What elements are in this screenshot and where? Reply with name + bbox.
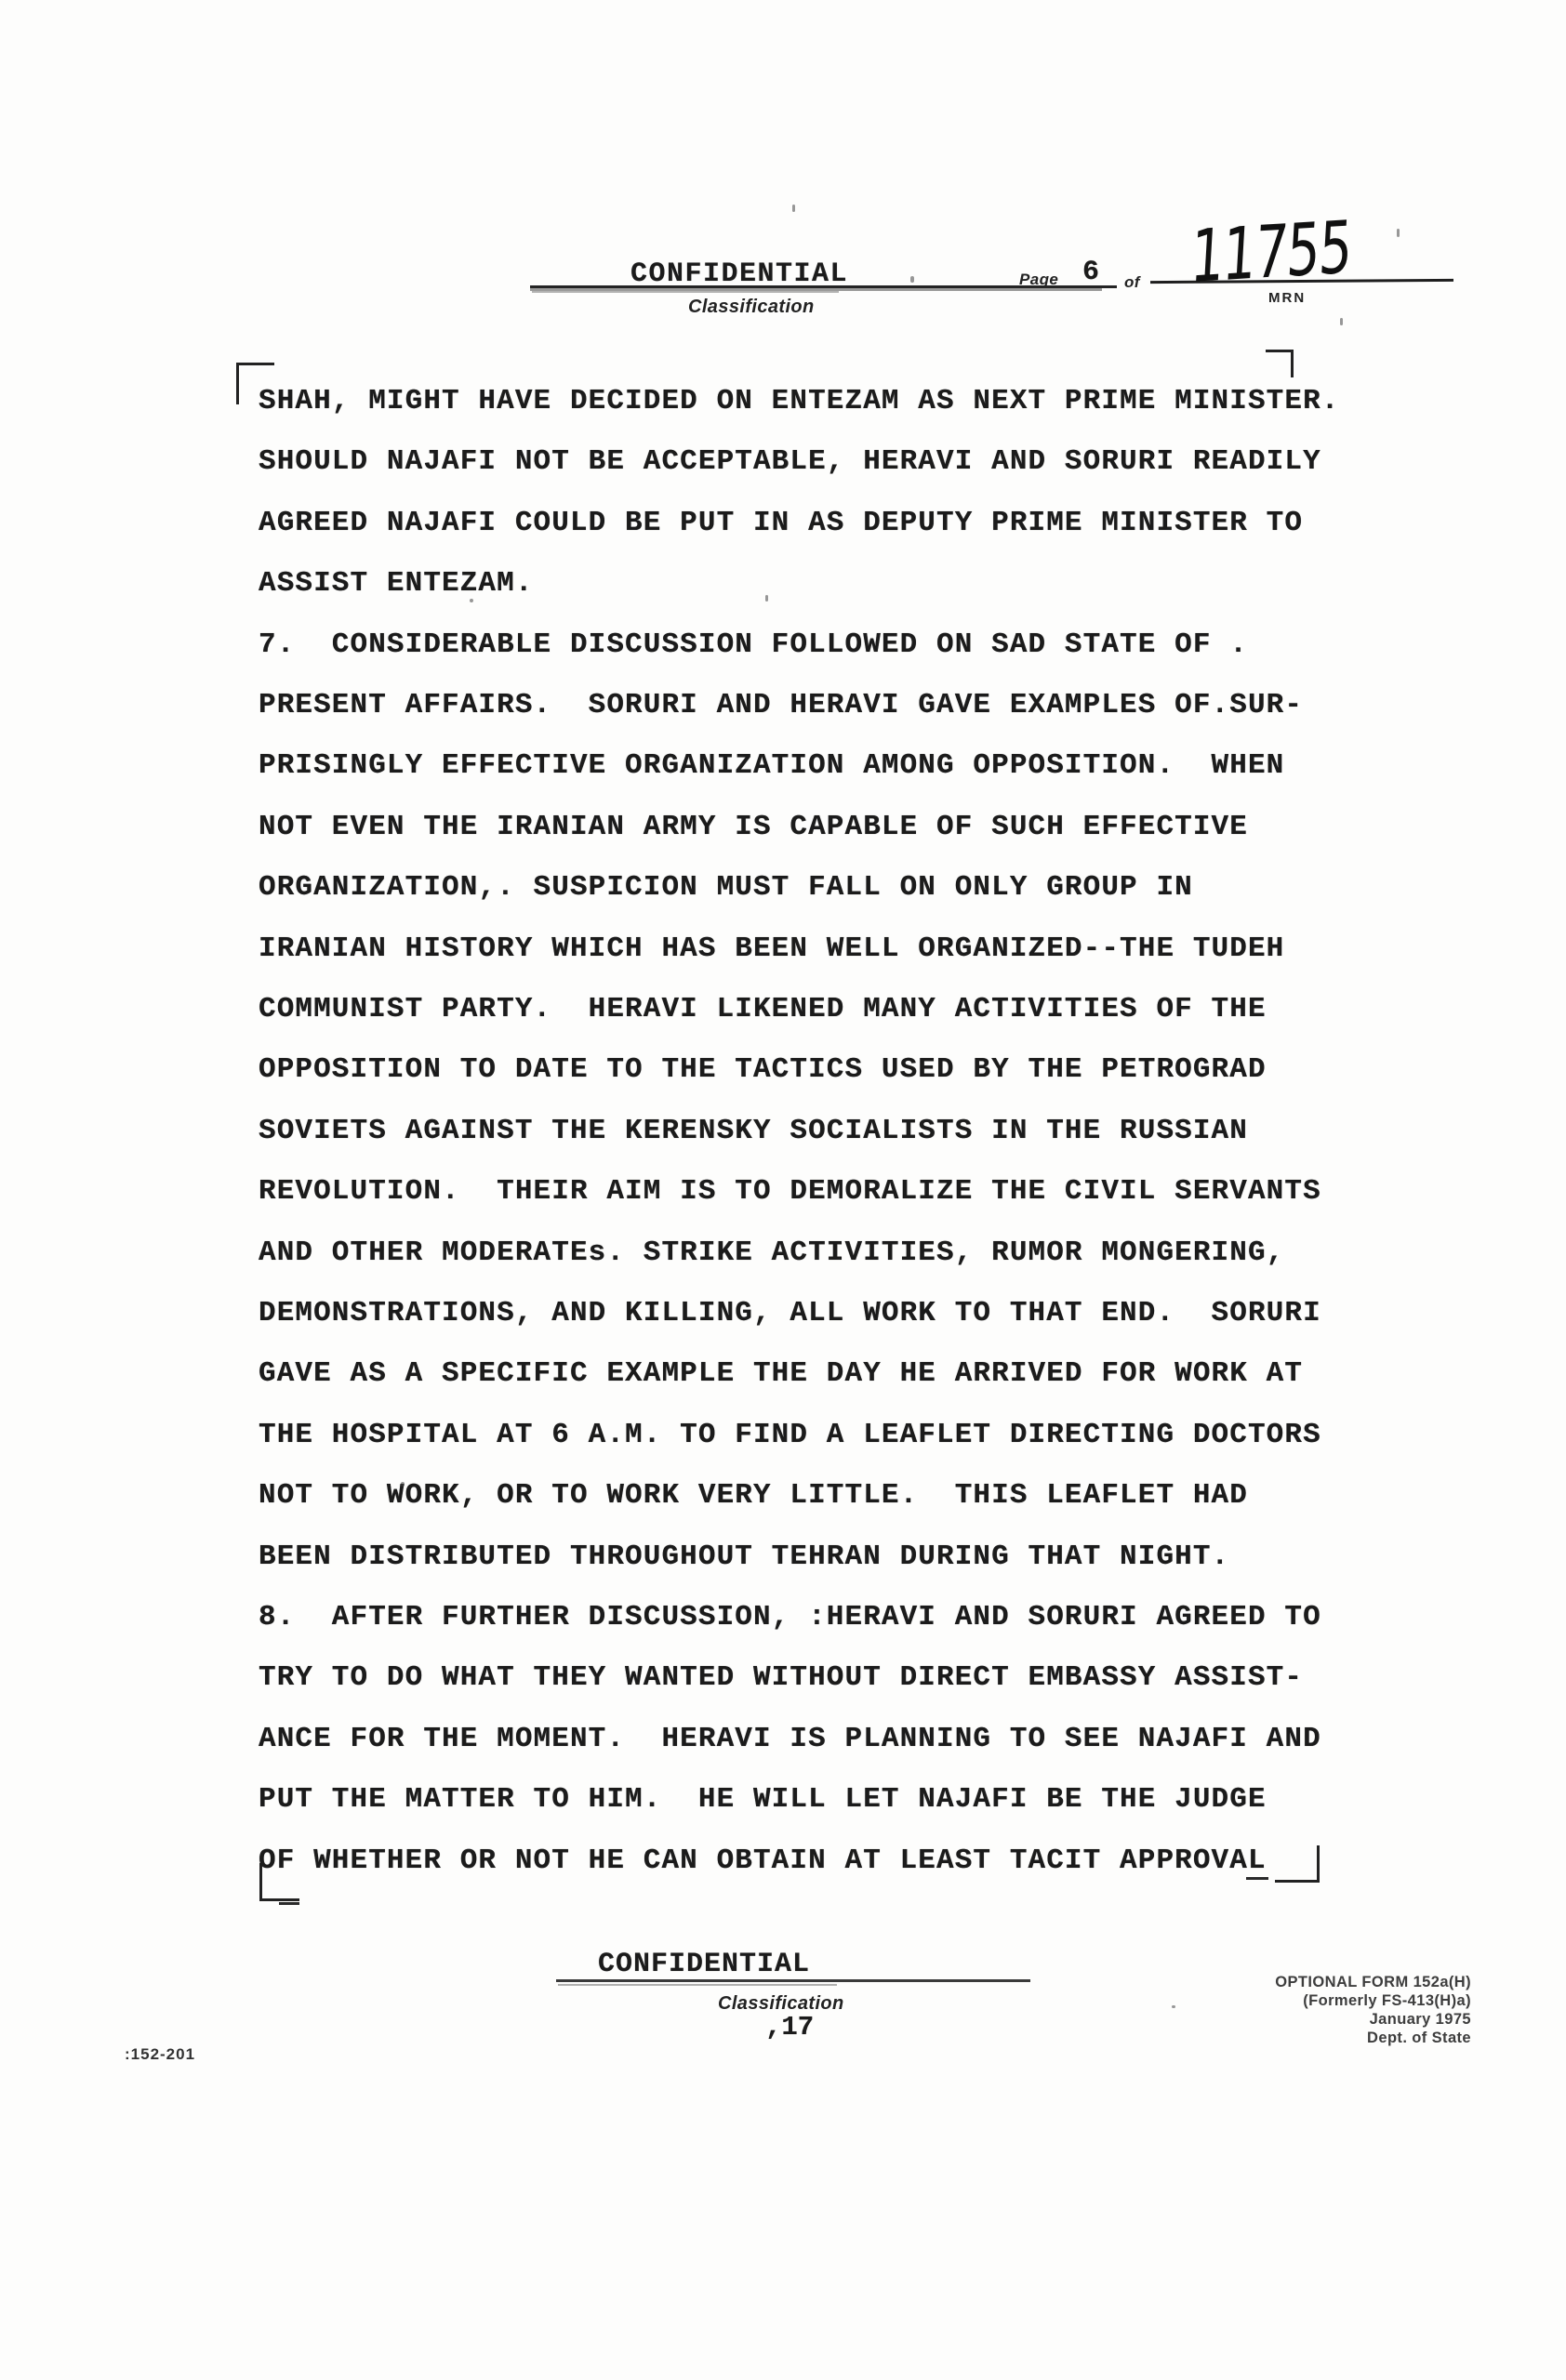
body-line: ANCE FOR THE MOMENT. HERAVI IS PLANNING … bbox=[259, 1724, 1321, 1755]
excision-bracket-bottom-right-dash bbox=[1246, 1877, 1268, 1880]
mrn-label: MRN bbox=[1268, 290, 1306, 306]
body-line: SHAH, MIGHT HAVE DECIDED ON ENTEZAM AS N… bbox=[259, 386, 1339, 417]
scan-speck bbox=[792, 205, 795, 212]
body-line: DEMONSTRATIONS, AND KILLING, ALL WORK TO… bbox=[259, 1298, 1321, 1329]
body-line: OF WHETHER OR NOT HE CAN OBTAIN AT LEAST… bbox=[259, 1845, 1267, 1877]
body-line: TRY TO DO WHAT THEY WANTED WITHOUT DIREC… bbox=[259, 1662, 1303, 1694]
excision-bracket-bottom-right bbox=[1275, 1845, 1320, 1883]
form-identification-line: Dept. of State bbox=[1275, 2029, 1471, 2047]
scanned-telegram-page: CONFIDENTIAL Classification Page 6 of 11… bbox=[0, 0, 1566, 2380]
body-line: BEEN DISTRIBUTED THROUGHOUT TEHRAN DURIN… bbox=[259, 1541, 1229, 1573]
scan-speck bbox=[1397, 229, 1400, 237]
body-line: ORGANIZATION,. SUSPICION MUST FALL ON ON… bbox=[259, 872, 1193, 904]
body-line: NOT EVEN THE IRANIAN ARMY IS CAPABLE OF … bbox=[259, 812, 1248, 843]
body-line: OPPOSITION TO DATE TO THE TACTICS USED B… bbox=[259, 1054, 1267, 1086]
scan-speck bbox=[1172, 2005, 1175, 2008]
body-line: PRESENT AFFAIRS. SORURI AND HERAVI GAVE … bbox=[259, 690, 1303, 721]
form-identification-line: January 1975 bbox=[1275, 2010, 1471, 2029]
form-stock-code: :152-201 bbox=[125, 2045, 195, 2064]
body-line: 7. CONSIDERABLE DISCUSSION FOLLOWED ON S… bbox=[259, 629, 1248, 661]
excision-bracket-top-right bbox=[1266, 350, 1294, 377]
body-line: AND OTHER MODERATEs. STRIKE ACTIVITIES, … bbox=[259, 1237, 1284, 1269]
page-label: Page bbox=[1019, 271, 1058, 289]
scan-speck bbox=[401, 1482, 405, 1487]
body-line: ASSIST ENTEZAM. bbox=[259, 568, 534, 600]
body-line: REVOLUTION. THEIR AIM IS TO DEMORALIZE T… bbox=[259, 1176, 1321, 1208]
body-line: THE HOSPITAL AT 6 A.M. TO FIND A LEAFLET… bbox=[259, 1420, 1321, 1451]
header-classification-underline-smear bbox=[532, 291, 839, 293]
page-number-underline bbox=[1054, 285, 1117, 288]
excision-bracket-bottom-left-dash bbox=[279, 1902, 299, 1905]
body-line: AGREED NAJAFI COULD BE PUT IN AS DEPUTY … bbox=[259, 508, 1303, 539]
scan-speck bbox=[910, 276, 914, 283]
header-classification-underline bbox=[530, 285, 1102, 288]
footer-classification-stamp: CONFIDENTIAL bbox=[598, 1949, 810, 1980]
form-identification-block: OPTIONAL FORM 152a(H)(Formerly FS-413(H)… bbox=[1275, 1973, 1471, 2047]
body-line: NOT TO WORK, OR TO WORK VERY LITTLE. THI… bbox=[259, 1480, 1248, 1512]
body-line: PUT THE MATTER TO HIM. HE WILL LET NAJAF… bbox=[259, 1784, 1267, 1816]
body-line: COMMUNIST PARTY. HERAVI LIKENED MANY ACT… bbox=[259, 994, 1267, 1025]
form-identification-line: OPTIONAL FORM 152a(H) bbox=[1275, 1973, 1471, 1991]
page-number-value: 6 bbox=[1082, 257, 1099, 288]
of-label: of bbox=[1124, 273, 1140, 292]
footer-page-note: ,17 bbox=[765, 2012, 814, 2043]
scan-speck bbox=[765, 595, 768, 602]
body-line: 8. AFTER FURTHER DISCUSSION, :HERAVI AND… bbox=[259, 1602, 1321, 1633]
footer-classification-underline bbox=[556, 1979, 1030, 1982]
mrn-handwritten-value: 11755 bbox=[1188, 206, 1353, 299]
body-line: SOVIETS AGAINST THE KERENSKY SOCIALISTS … bbox=[259, 1116, 1248, 1147]
header-classification-label: Classification bbox=[688, 297, 815, 318]
footer-classification-underline-smear bbox=[558, 1984, 837, 1986]
body-line: PRISINGLY EFFECTIVE ORGANIZATION AMONG O… bbox=[259, 750, 1284, 782]
body-line: GAVE AS A SPECIFIC EXAMPLE THE DAY HE AR… bbox=[259, 1358, 1303, 1390]
form-identification-line: (Formerly FS-413(H)a) bbox=[1275, 1991, 1471, 2010]
body-line: IRANIAN HISTORY WHICH HAS BEEN WELL ORGA… bbox=[259, 933, 1284, 965]
scan-speck bbox=[470, 599, 473, 602]
body-line: SHOULD NAJAFI NOT BE ACCEPTABLE, HERAVI … bbox=[259, 446, 1321, 478]
scan-speck bbox=[1340, 318, 1343, 325]
